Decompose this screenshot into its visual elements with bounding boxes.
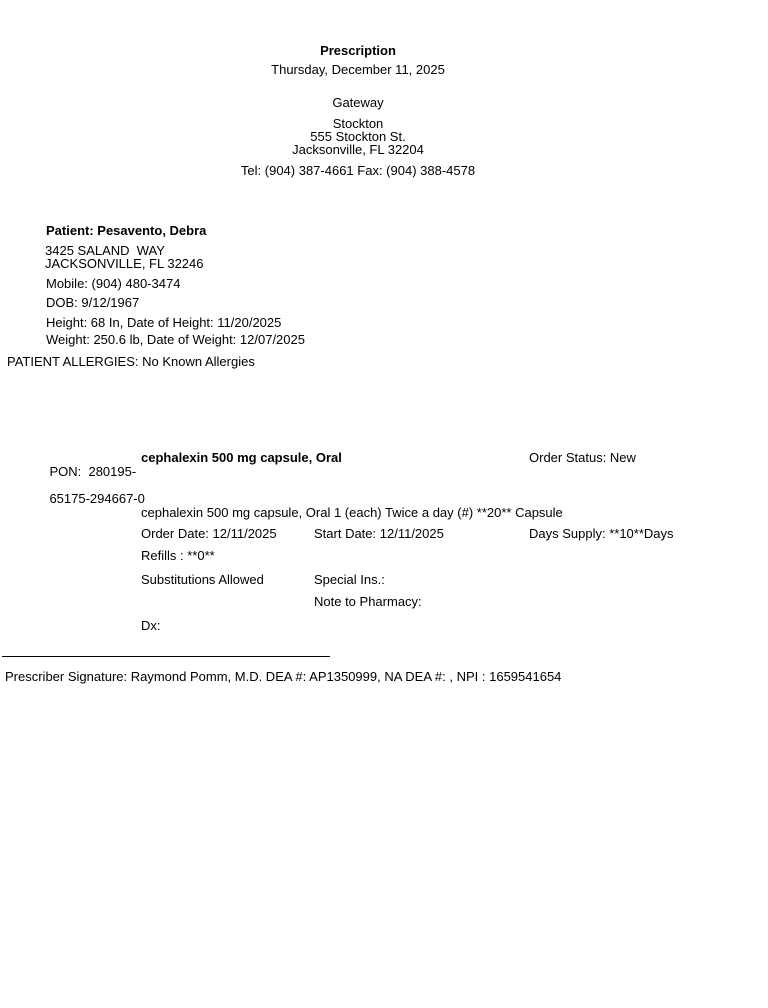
substitutions: Substitutions Allowed: [141, 573, 264, 587]
signature-line: [2, 656, 330, 657]
patient-name: Patient: Pesavento, Debra: [46, 224, 206, 238]
prescription-document: Prescription Thursday, December 11, 2025…: [0, 0, 768, 1008]
patient-allergies: PATIENT ALLERGIES: No Known Allergies: [7, 355, 255, 369]
patient-height: Height: 68 In, Date of Height: 11/20/202…: [46, 316, 281, 330]
order-date: Order Date: 12/11/2025: [141, 527, 277, 541]
practice-phone-fax: Tel: (904) 387-4661 Fax: (904) 388-4578: [0, 164, 716, 178]
drug-title: cephalexin 500 mg capsule, Oral: [141, 451, 342, 465]
dx-label: Dx:: [141, 619, 161, 633]
patient-mobile: Mobile: (904) 480-3474: [46, 277, 180, 291]
order-sig: cephalexin 500 mg capsule, Oral 1 (each)…: [141, 506, 563, 520]
order-pon-line1: PON: 280195-: [49, 464, 136, 479]
patient-dob: DOB: 9/12/1967: [46, 296, 139, 310]
prescriber-signature: Prescriber Signature: Raymond Pomm, M.D.…: [5, 670, 561, 684]
practice-name: Gateway: [0, 96, 716, 110]
order-pon: PON: 280195- 65175-294667-0: [35, 451, 145, 519]
practice-address-line2: Jacksonville, FL 32204: [0, 143, 716, 157]
special-instructions-label: Special Ins.:: [314, 573, 385, 587]
start-date: Start Date: 12/11/2025: [314, 527, 444, 541]
days-supply: Days Supply: **10**Days: [529, 527, 674, 541]
patient-address-line2: JACKSONVILLE, FL 32246: [45, 257, 204, 271]
refills: Refills : **0**: [141, 549, 215, 563]
patient-weight: Weight: 250.6 lb, Date of Weight: 12/07/…: [46, 333, 305, 347]
order-pon-line2: 65175-294667-0: [49, 491, 144, 506]
document-date: Thursday, December 11, 2025: [0, 63, 716, 77]
order-status: Order Status: New: [529, 451, 636, 465]
document-title: Prescription: [0, 44, 716, 58]
note-to-pharmacy-label: Note to Pharmacy:: [314, 595, 422, 609]
